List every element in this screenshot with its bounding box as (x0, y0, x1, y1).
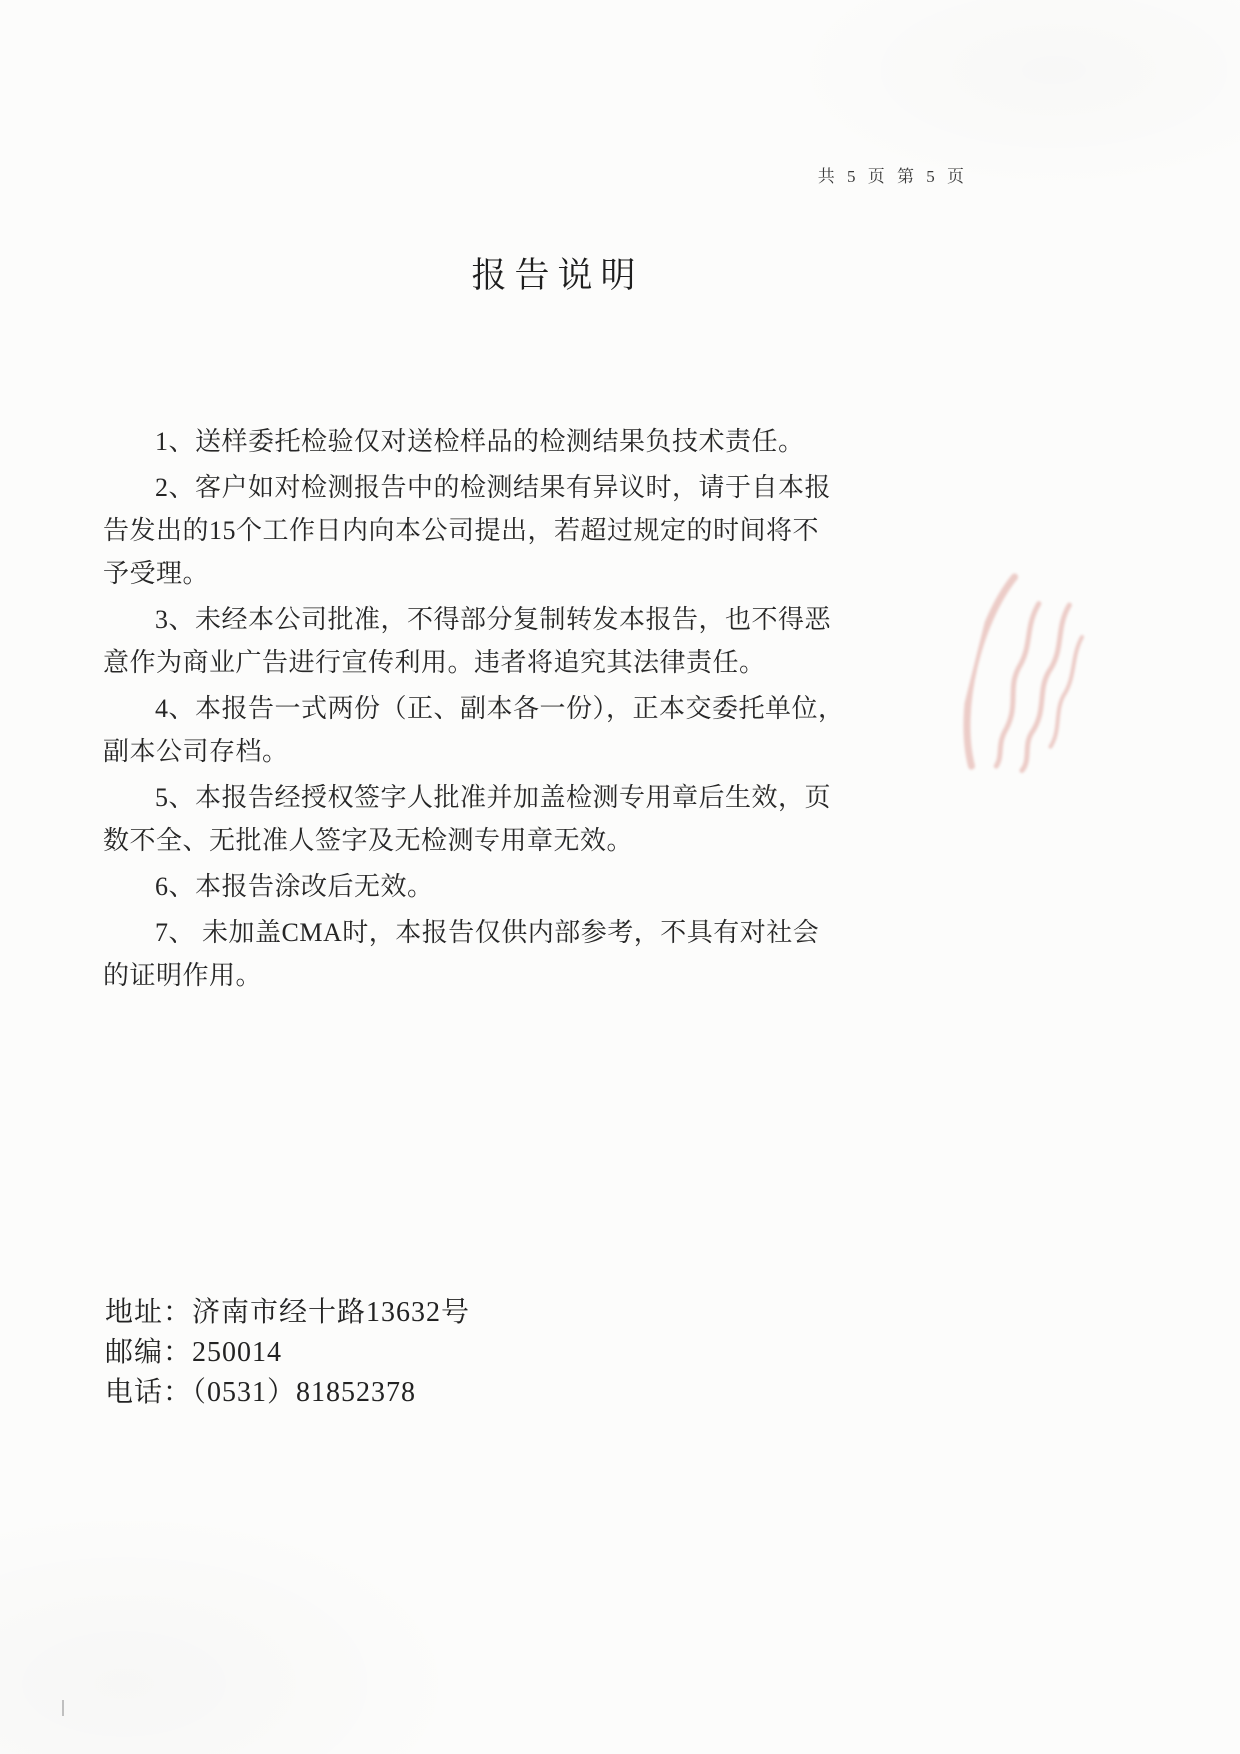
contact-footer: 地址：济南市经十路13632号 邮编：250014 电话：（0531）81852… (105, 1293, 470, 1413)
note-item-7: 7、 未加盖CMA时，本报告仅供内部参考，不具有对社会 的证明作用。 (103, 911, 903, 997)
page-title: 报告说明 (105, 248, 1010, 298)
note-item-4: 4、本报告一式两份（正、副本各一份），正本交委托单位， 副本公司存档。 (103, 687, 903, 773)
red-seal-stamp-icon (948, 565, 1106, 795)
postal-code-line: 邮编：250014 (105, 1333, 470, 1373)
scan-artifact (62, 1700, 64, 1716)
page-count-label: 共 5 页 第 5 页 (818, 162, 968, 187)
address-line: 地址：济南市经十路13632号 (105, 1293, 470, 1333)
note-item-1: 1、送样委托检验仅对送检样品的检测结果负技术责任。 (103, 420, 903, 463)
report-notes-list: 1、送样委托检验仅对送检样品的检测结果负技术责任。 2、客户如对检测报告中的检测… (103, 420, 903, 1000)
phone-line: 电话：（0531）81852378 (105, 1373, 470, 1413)
note-item-5: 5、本报告经授权签字人批准并加盖检测专用章后生效，页 数不全、无批准人签字及无检… (103, 776, 903, 862)
note-item-2: 2、客户如对检测报告中的检测结果有异议时，请于自本报 告发出的15个工作日内向本… (103, 466, 903, 595)
note-item-6: 6、本报告涂改后无效。 (103, 865, 903, 908)
note-item-3: 3、未经本公司批准，不得部分复制转发本报告，也不得恶 意作为商业广告进行宣传利用… (103, 598, 903, 684)
report-page: 共 5 页 第 5 页 报告说明 1、送样委托检验仅对送检样品的检测结果负技术责… (0, 0, 1240, 1754)
